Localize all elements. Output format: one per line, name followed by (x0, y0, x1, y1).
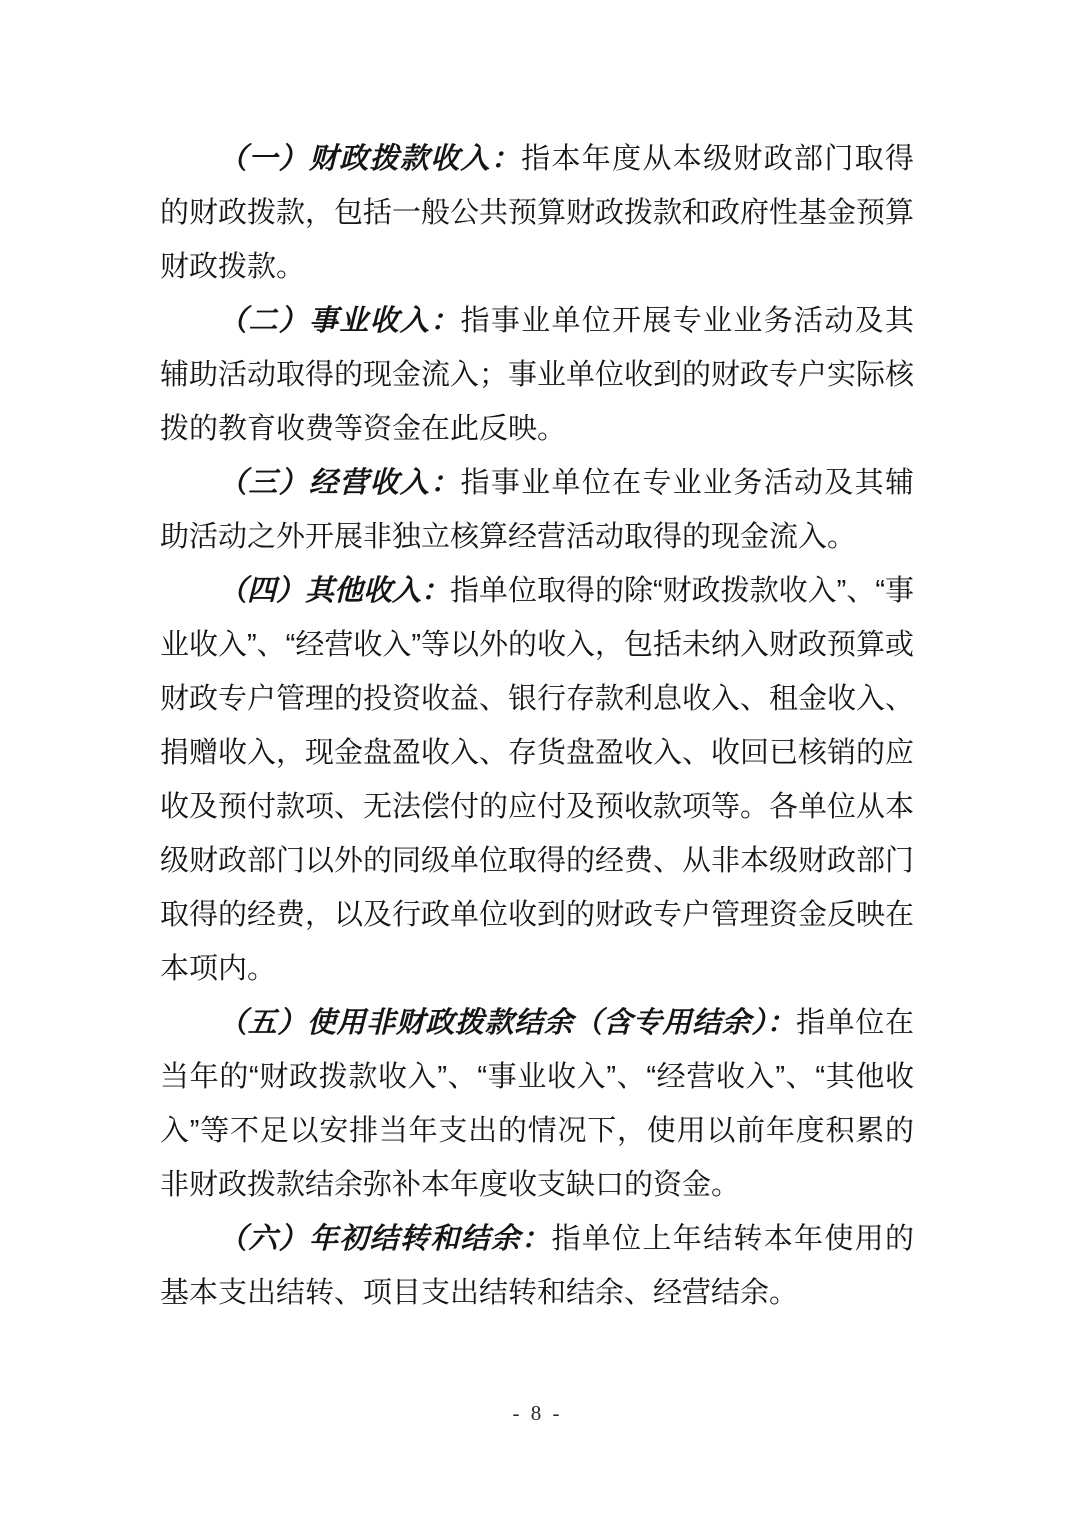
paragraph-2: （二）事业收入：指事业单位开展专业业务活动及其辅助活动取得的现金流入；事业单位收… (160, 294, 914, 456)
paragraph-6: （六）年初结转和结余：指单位上年结转本年使用的基本支出结转、项目支出结转和结余、… (160, 1212, 914, 1320)
paragraph-3-lead: （三）经营收入： (218, 467, 461, 499)
page-number: - 8 - (513, 1401, 563, 1425)
paragraph-4-text: 指单位取得的除“财政拨款收入”、“事业收入”、“经营收入”等以外的收入，包括未纳… (160, 575, 914, 985)
paragraph-5: （五）使用非财政拨款结余（含专用结余）：指单位在当年的“财政拨款收入”、“事业收… (160, 996, 914, 1212)
paragraph-1-lead: （一）财政拨款收入： (218, 143, 521, 175)
paragraph-4-lead: （四）其他收入： (218, 575, 450, 607)
document-body: （一）财政拨款收入：指本年度从本级财政部门取得的财政拨款，包括一般公共预算财政拨… (160, 132, 914, 1320)
paragraph-3: （三）经营收入：指事业单位在专业业务活动及其辅助活动之外开展非独立核算经营活动取… (160, 456, 914, 564)
document-page: （一）财政拨款收入：指本年度从本级财政部门取得的财政拨款，包括一般公共预算财政拨… (0, 0, 1075, 1520)
paragraph-2-lead: （二）事业收入： (218, 305, 461, 337)
paragraph-4: （四）其他收入：指单位取得的除“财政拨款收入”、“事业收入”、“经营收入”等以外… (160, 564, 914, 996)
paragraph-5-lead: （五）使用非财政拨款结余（含专用结余）： (218, 1007, 796, 1039)
page-footer: - 8 - (0, 1398, 1075, 1428)
paragraph-1: （一）财政拨款收入：指本年度从本级财政部门取得的财政拨款，包括一般公共预算财政拨… (160, 132, 914, 294)
paragraph-6-lead: （六）年初结转和结余： (218, 1223, 552, 1255)
